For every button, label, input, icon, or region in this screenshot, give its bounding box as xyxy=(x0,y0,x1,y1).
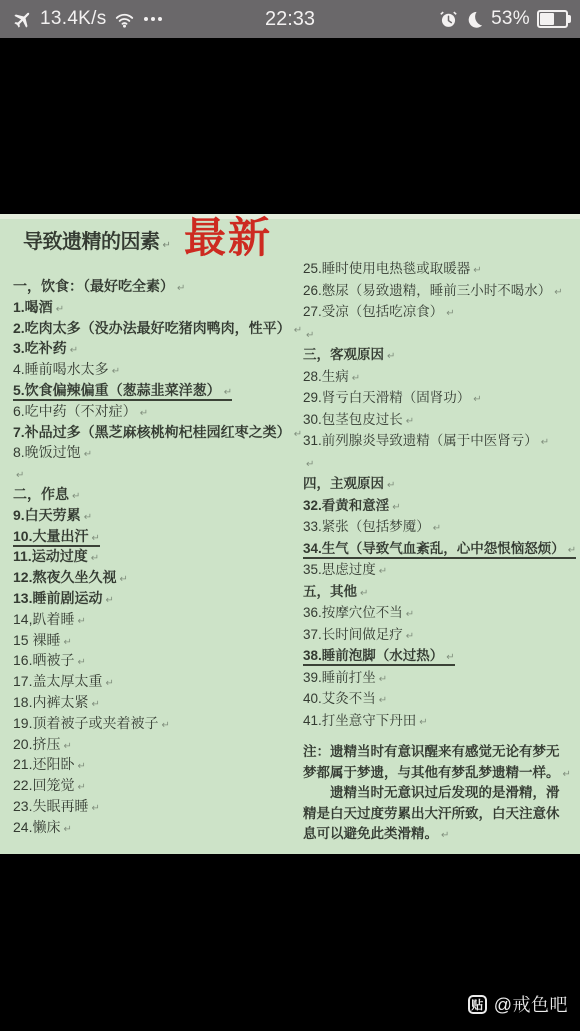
note-paragraph: 注：遗精当时有意识醒来有感觉无论有梦无梦都属于梦遗，与其他有梦乱梦遗精一样。 遗… xyxy=(303,742,580,845)
airplane-mode-icon xyxy=(12,9,33,30)
list-item: 一，饮食：（最好吃全素） xyxy=(13,276,301,297)
list-item: 20.挤压 xyxy=(13,734,301,755)
network-speed: 13.4K/s xyxy=(40,8,107,30)
list-item: 19.顶着被子或夹着被子 xyxy=(13,713,301,734)
status-left-cluster: 13.4K/s xyxy=(12,8,162,30)
shared-image: 导致遗精的因素 最新 一，饮食：（最好吃全素）1.喝酒2.吃肉太多（没办法最好吃… xyxy=(0,214,580,854)
more-icon xyxy=(144,17,162,21)
watermark: 贴 @戒色吧 xyxy=(468,990,568,1018)
list-item: 6.吃中药（不对症） xyxy=(13,401,301,422)
list-item: 8.晚饭过饱 xyxy=(13,442,301,463)
status-right-cluster: 53% xyxy=(439,8,568,30)
list-item: 28.生病 xyxy=(303,366,580,388)
list-item: 26.憋尿（易致遗精，睡前三小时不喝水） xyxy=(303,280,580,302)
battery-fill xyxy=(540,13,554,25)
list-item: 31.前列腺炎导致遗精（属于中医肾亏） xyxy=(303,430,580,452)
list-item: 遗精当时无意识过后发现的是滑精，滑 xyxy=(303,783,580,804)
battery-icon xyxy=(537,10,568,28)
list-item: 41.打坐意守下丹田 xyxy=(303,710,580,732)
list-item: 梦都属于梦遗，与其他有梦乱梦遗精一样。 xyxy=(303,763,580,784)
list-item: 3.吃补药 xyxy=(13,338,301,359)
moon-icon xyxy=(465,10,484,29)
phone-screen: { "status_bar": { "airplane_icon": "airp… xyxy=(0,0,580,1031)
list-item: 27.受凉（包括吃凉食） xyxy=(303,301,580,323)
list-item: 40.艾灸不当 xyxy=(303,688,580,710)
list-item: 24.懒床 xyxy=(13,817,301,838)
list-item: 38.睡前泡脚（水过热） xyxy=(303,645,580,667)
list-item xyxy=(303,452,580,474)
list-item: 15 裸睡 xyxy=(13,630,301,651)
list-item: 2.吃肉太多（没办法最好吃猪肉鸭肉，性平） xyxy=(13,318,301,339)
wifi-icon xyxy=(114,9,135,30)
list-item: 4.睡前喝水太多 xyxy=(13,359,301,380)
list-item: 精是白天过度劳累出大汗所致，白天注意休 xyxy=(303,804,580,825)
alarm-clock-icon xyxy=(439,10,458,29)
tieba-badge-icon: 贴 xyxy=(468,995,487,1014)
list-item xyxy=(303,323,580,345)
list-item xyxy=(13,463,301,484)
list-item: 29.肾亏白天滑精（固肾功） xyxy=(303,387,580,409)
list-item: 22.回笼觉 xyxy=(13,775,301,796)
list-item: 四，主观原因 xyxy=(303,473,580,495)
list-item: 二，作息 xyxy=(13,484,301,505)
image-viewer[interactable]: 导致遗精的因素 最新 一，饮食：（最好吃全素）1.喝酒2.吃肉太多（没办法最好吃… xyxy=(0,38,580,1031)
list-item: 14,趴着睡 xyxy=(13,609,301,630)
status-bar: 13.4K/s 22:33 xyxy=(0,0,580,38)
list-item: 17.盖太厚太重 xyxy=(13,671,301,692)
image-title: 导致遗精的因素 xyxy=(23,225,170,254)
list-item: 36.按摩穴位不当 xyxy=(303,602,580,624)
list-item: 21.还阳卧 xyxy=(13,754,301,775)
list-item: 10.大量出汗 xyxy=(13,526,301,547)
factors-column-left: 一，饮食：（最好吃全素）1.喝酒2.吃肉太多（没办法最好吃猪肉鸭肉，性平）3.吃… xyxy=(13,276,301,838)
list-item: 32.看黄和意淫 xyxy=(303,495,580,517)
list-item: 23.失眠再睡 xyxy=(13,796,301,817)
list-item: 9.白天劳累 xyxy=(13,505,301,526)
list-item: 39.睡前打坐 xyxy=(303,667,580,689)
list-item: 1.喝酒 xyxy=(13,297,301,318)
list-item: 11.运动过度 xyxy=(13,546,301,567)
list-item: 33.紧张（包括梦魇） xyxy=(303,516,580,538)
list-item: 37.长时间做足疗 xyxy=(303,624,580,646)
list-item: 18.内裤太紧 xyxy=(13,692,301,713)
watermark-text: @戒色吧 xyxy=(494,991,568,1017)
list-item: 息可以避免此类滑精。 xyxy=(303,824,580,845)
list-item: 12.熬夜久坐久视 xyxy=(13,567,301,588)
list-item: 三，客观原因 xyxy=(303,344,580,366)
list-item: 五，其他 xyxy=(303,581,580,603)
stamp-latest: 最新 xyxy=(184,217,272,259)
battery-percent: 53% xyxy=(491,8,530,30)
list-item: 16.晒被子 xyxy=(13,650,301,671)
list-item: 注：遗精当时有意识醒来有感觉无论有梦无 xyxy=(303,742,580,763)
list-item: 13.睡前剧运动 xyxy=(13,588,301,609)
list-item: 30.包茎包皮过长 xyxy=(303,409,580,431)
list-item: 34.生气（导致气血紊乱，心中怨恨恼怒烦） xyxy=(303,538,580,560)
list-item: 7.补品过多（黑芝麻核桃枸杞桂园红枣之类） xyxy=(13,422,301,443)
list-item: 25.睡时使用电热毯或取暖器 xyxy=(303,258,580,280)
factors-column-right: 25.睡时使用电热毯或取暖器26.憋尿（易致遗精，睡前三小时不喝水）27.受凉（… xyxy=(303,258,580,731)
list-item: 35.思虑过度 xyxy=(303,559,580,581)
list-item: 5.饮食偏辣偏重（葱蒜韭菜洋葱） xyxy=(13,380,301,401)
